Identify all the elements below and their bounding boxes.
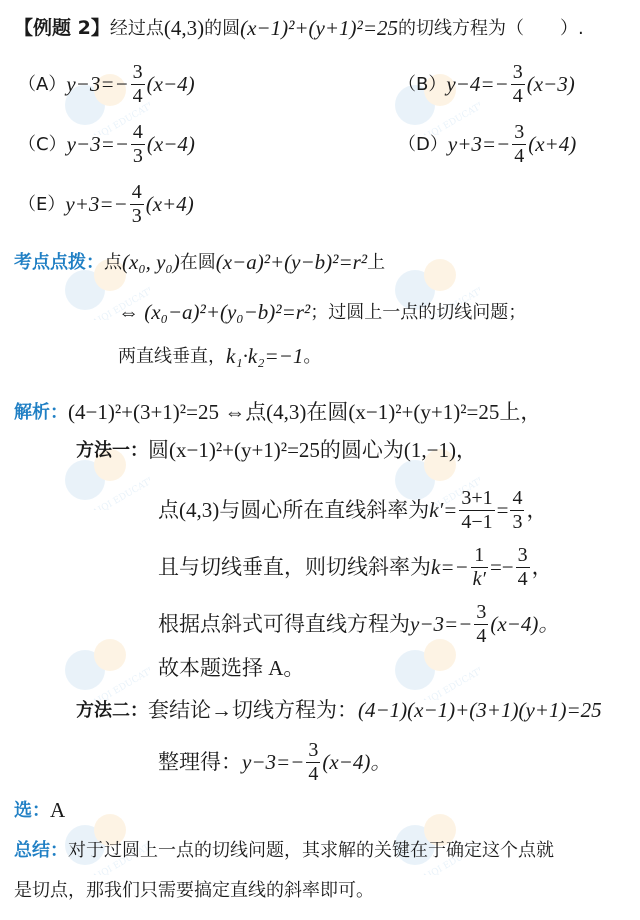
option-d: （D） y+3=− 34 (x+4) bbox=[398, 122, 576, 167]
analysis-label: 解析： bbox=[14, 404, 68, 422]
method1-fraction: 34 bbox=[516, 545, 530, 590]
hint-line-3: 两直线垂直， k₁·k₂=−1 。 bbox=[118, 346, 321, 367]
summary-line-1: 总结： 对于过圆上一点的切线问题，其求解的关键在于确定这个点就 bbox=[14, 842, 554, 860]
svg-text:TAIQI EDUCATION: TAIQI EDUCATION bbox=[86, 658, 150, 700]
hint-equation: (x−a)²+(y−b)²=r² bbox=[216, 252, 367, 273]
summary-label: 总结： bbox=[14, 842, 68, 860]
option-rhs: (x−4) bbox=[147, 74, 195, 95]
method1-k: k′= bbox=[429, 500, 457, 521]
option-key: （A） bbox=[18, 76, 66, 94]
method2-label: 方法二： bbox=[76, 702, 148, 720]
method2-text: 套结论→切线方程为： bbox=[148, 700, 358, 721]
equals: =− bbox=[490, 557, 514, 578]
hint-label: 考点点拨： bbox=[14, 254, 104, 272]
method2-fraction: 34 bbox=[306, 740, 320, 785]
method1-fraction: 43 bbox=[510, 488, 524, 533]
svg-text:TAIQI EDUCATION: TAIQI EDUCATION bbox=[416, 658, 480, 700]
method2-text: 整理得： bbox=[158, 752, 242, 773]
method1-line-5: 故本题选择 A。 bbox=[158, 658, 304, 679]
method1-conclusion: 故本题选择 A。 bbox=[158, 658, 304, 679]
summary-text: 对于过圆上一点的切线问题，其求解的关键在于确定这个点就 bbox=[68, 842, 554, 860]
option-lhs: y+3=− bbox=[65, 194, 127, 215]
hint-line-2: ⇔ (x₀−a)²+(y₀−b)²=r² ；过圆上一点的切线问题； bbox=[118, 302, 526, 323]
method2-equation: (x−4)。 bbox=[322, 752, 391, 773]
stem-mid: 的圆 bbox=[204, 20, 240, 38]
option-rhs: (x+4) bbox=[528, 134, 576, 155]
option-rhs: (x−4) bbox=[147, 134, 195, 155]
method1-label: 方法一： bbox=[76, 442, 148, 460]
analysis-text: 点(4,3)在圆(x−1)²+(y+1)²=25上， bbox=[245, 402, 541, 423]
method1-line-1: 方法一： 圆(x−1)²+(y+1)²=25的圆心为(1,−1)， bbox=[76, 440, 477, 461]
stem-suffix: 的切线方程为（ ）. bbox=[398, 20, 584, 38]
method1-line-4: 根据点斜式可得直线方程为 y−3=− 34 (x−4)。 bbox=[158, 602, 559, 647]
option-lhs: y+3=− bbox=[448, 134, 510, 155]
method1-fraction: 34 bbox=[474, 602, 488, 647]
svg-text:TAIQI EDUCATION: TAIQI EDUCATION bbox=[86, 468, 150, 510]
method1-equation: y−3=− bbox=[410, 614, 472, 635]
problem-label: 【例题 2】 bbox=[14, 19, 110, 38]
option-fraction: 34 bbox=[512, 122, 526, 167]
equals: = bbox=[497, 500, 509, 521]
hint-text: ；过圆上一点的切线问题； bbox=[310, 304, 526, 322]
method1-text: 圆(x−1)²+(y+1)²=25的圆心为(1,−1)， bbox=[148, 440, 477, 461]
method1-text: 且与切线垂直，则切线斜率为 bbox=[158, 557, 431, 578]
summary-text: 是切点，那我们只需要搞定直线的斜率即可。 bbox=[14, 882, 374, 900]
hint-text: 点 bbox=[104, 254, 122, 272]
option-e: （E） y+3=− 43 (x+4) bbox=[18, 182, 194, 227]
answer-label: 选： bbox=[14, 802, 50, 820]
option-key: （B） bbox=[398, 76, 446, 94]
hint-text: 两直线垂直， bbox=[118, 348, 226, 366]
hint-line-1: 考点点拨： 点 (x₀, y₀) 在圆 (x−a)²+(y−b)²=r² 上 bbox=[14, 252, 385, 273]
punct: ， bbox=[532, 557, 553, 578]
option-c: （C） y−3=− 43 (x−4) bbox=[18, 122, 195, 167]
option-fraction: 34 bbox=[511, 62, 525, 107]
analysis-line-1: 解析： (4−1)²+(3+1)²=25 ⇔ 点(4,3)在圆(x−1)²+(y… bbox=[14, 402, 541, 423]
summary-line-2: 是切点，那我们只需要搞定直线的斜率即可。 bbox=[14, 882, 374, 900]
method1-fraction: 3+14−1 bbox=[459, 488, 494, 533]
option-key: （E） bbox=[18, 196, 65, 214]
hint-text: 在圆 bbox=[180, 254, 216, 272]
stem-prefix: 经过点 bbox=[110, 20, 164, 38]
answer-line: 选： A bbox=[14, 800, 65, 821]
hint-equation: ⇔ (x₀−a)²+(y₀−b)²=r² bbox=[118, 302, 310, 323]
option-lhs: y−4=− bbox=[446, 74, 508, 95]
option-rhs: (x+4) bbox=[146, 194, 194, 215]
option-rhs: (x−3) bbox=[527, 74, 575, 95]
option-fraction: 43 bbox=[131, 122, 145, 167]
answer-value: A bbox=[50, 800, 65, 821]
method2-equation: y−3=− bbox=[242, 752, 304, 773]
method1-fraction: 1k′ bbox=[471, 545, 488, 590]
hint-equation: k₁·k₂=−1 bbox=[226, 346, 303, 367]
method2-equation: (4−1)(x−1)+(3+1)(y+1)=25 bbox=[358, 700, 602, 721]
hint-text: 上 bbox=[367, 254, 385, 272]
punct: ， bbox=[526, 500, 547, 521]
method2-line-2: 整理得： y−3=− 34 (x−4)。 bbox=[158, 740, 391, 785]
method1-line-2: 点(4,3)与圆心所在直线斜率为 k′= 3+14−1 = 43 ， bbox=[158, 488, 547, 533]
stem-circle-equation: (x−1)²+(y+1)²=25 bbox=[240, 18, 398, 39]
option-key: （C） bbox=[18, 136, 67, 154]
method1-text: 点(4,3)与圆心所在直线斜率为 bbox=[158, 500, 429, 521]
watermark-logo-icon: TAIQI EDUCATION bbox=[60, 630, 150, 700]
option-lhs: y−3=− bbox=[67, 134, 129, 155]
option-fraction: 43 bbox=[130, 182, 144, 227]
option-lhs: y−3=− bbox=[66, 74, 128, 95]
option-a: （A） y−3=− 34 (x−4) bbox=[18, 62, 195, 107]
method1-line-3: 且与切线垂直，则切线斜率为 k=− 1k′ =− 34 ， bbox=[158, 545, 553, 590]
problem-stem: 【例题 2】 经过点 (4,3) 的圆 (x−1)²+(y+1)²=25 的切线… bbox=[14, 18, 584, 39]
stem-point: (4,3) bbox=[164, 18, 204, 39]
method1-equation: (x−4)。 bbox=[490, 614, 559, 635]
hint-text: 。 bbox=[303, 348, 321, 366]
method1-k: k=− bbox=[431, 557, 469, 578]
option-key: （D） bbox=[398, 136, 448, 154]
option-fraction: 34 bbox=[131, 62, 145, 107]
analysis-equation: (4−1)²+(3+1)²=25 ⇔ bbox=[68, 402, 245, 423]
hint-point: (x₀, y₀) bbox=[122, 252, 180, 273]
method2-line-1: 方法二： 套结论→切线方程为： (4−1)(x−1)+(3+1)(y+1)=25 bbox=[76, 700, 602, 721]
method1-text: 根据点斜式可得直线方程为 bbox=[158, 614, 410, 635]
option-b: （B） y−4=− 34 (x−3) bbox=[398, 62, 575, 107]
